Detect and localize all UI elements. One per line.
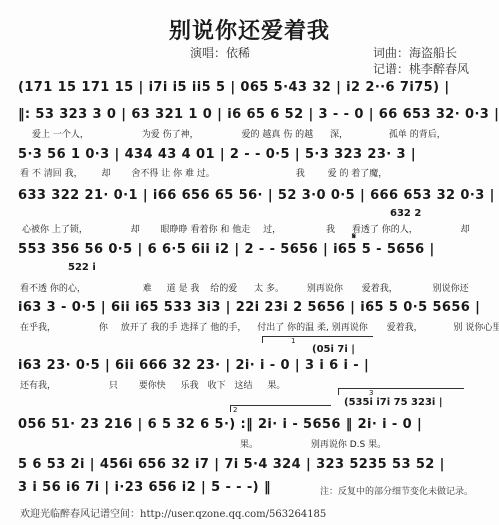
lyric: 果。	[240, 437, 258, 450]
lyric: 眼睁睁 看着你 和 他走	[161, 222, 251, 235]
lyric: 爱着我，	[387, 320, 423, 333]
lyricist-credit: 词曲：海盗船长	[373, 44, 457, 61]
footer-link-text: 欢迎光临醉春风记谱空间：http://user.qzone.qq.com/563…	[20, 505, 326, 520]
lyric: 道 是 我	[167, 281, 200, 294]
lyrics-row-5: 在乎我， 你 放开了 我的手 选择了 他的手， 付出了 你的温 柔, 别再说你 …	[18, 320, 489, 333]
lyric: 我	[296, 166, 305, 179]
lyric: 心被你 上了锁，	[22, 222, 88, 235]
lyric: 乐我	[181, 378, 199, 391]
lyric: 爱上 一个人，	[32, 127, 89, 140]
lyric: 过，	[263, 222, 281, 235]
lyric: 看不透 你的心，	[20, 281, 86, 294]
lyric: 给的爱	[210, 281, 237, 294]
volta-label: 1	[291, 337, 295, 345]
score-row-3: 633 322 21· 0·1 | i66 656 65 56· | 52 3·…	[18, 188, 489, 206]
segno-sign: 𝄋	[352, 232, 356, 242]
lyric: 别再说你 D.S 果。	[311, 437, 386, 450]
lyric: 看透了 你的人，	[352, 222, 418, 235]
lyric: 为爱 伤了神，	[142, 127, 199, 140]
score-row-2: 5·3 56 1 0·3 | 434 43 4 01 | 2 - - 0·5 |…	[18, 147, 489, 165]
lyrics-row-4: 看不透 你的心， 难 道 是 我 给的爱 太 多。 别再说你 爱着我， 别说你还	[18, 281, 489, 294]
volta-bracket-3: 3	[338, 388, 464, 395]
lyric: 付出了 你的温 柔, 别再说你	[257, 320, 367, 333]
score-row-4: 553 356 56 0·5 | 6 6·5 6ii i2 | 2 - - 56…	[18, 242, 489, 260]
lyrics-row-2: 看 不 清回 我， 却 舍不得 让 你 难 过。 我 爱 的 着了魔，	[18, 166, 489, 179]
score-row-6: i63 23· 0·5 | 6ii 666 32 23· | 2i· i - 0…	[18, 358, 489, 376]
lyric: 爱着我，	[362, 281, 398, 294]
lyric: 在乎我，	[20, 320, 56, 333]
transcriber-credit: 记谱：桃李醉春风	[373, 60, 469, 77]
lyrics-row-1: 爱上 一个人， 为爱 伤了神， 爱的 越真 伤 的越 深， 孤单 的背后， 我	[18, 127, 489, 140]
lyric: 放开了 我的手 选择了 他的手，	[121, 320, 247, 333]
lyrics-row-7: 果。 别再说你 D.S 果。	[18, 437, 489, 450]
score-row-1: ‖: 53 323 3 0 | 63 321 1 0 | i6 65 6 52 …	[18, 107, 489, 125]
variant-notation-below: 522 i	[68, 262, 96, 273]
lyric: 却	[461, 222, 470, 235]
interlude-notation: (535i i7i 75 323i |	[344, 397, 442, 408]
volta-label: 3	[369, 389, 373, 397]
score-row-7: 056 51· 23 216 | 6 5 32 6 5·) :‖ 2i· i -…	[18, 417, 489, 435]
lyric: 却	[101, 166, 110, 179]
volta-bracket-2: 2	[230, 405, 331, 412]
lyric: 看 不 清回 我，	[20, 166, 83, 179]
lyric: 难	[143, 281, 152, 294]
singer-credit: 演唱：依稀	[190, 44, 250, 61]
lyric: 别再说你	[307, 281, 343, 294]
lyric: 这结	[234, 378, 252, 391]
score-row-8: 5 6 53 2i | 456i 656 32 i7 | 7i 5·4 324 …	[18, 457, 489, 475]
lyrics-row-3: 心被你 上了锁， 却 眼睁睁 看着你 和 他走 过， 我 看透了 你的人， 却	[18, 222, 489, 235]
lyric: 收下	[208, 378, 226, 391]
lyric: 只	[109, 378, 118, 391]
lyric: 果。	[267, 378, 285, 391]
lyric: 还有我，	[20, 378, 56, 391]
lyric: 我	[326, 222, 335, 235]
lyric: 你	[99, 320, 108, 333]
lyric: 爱的 越真 伤 的越	[242, 127, 314, 140]
variant-notation-above: 632 2	[390, 208, 421, 219]
volta-bracket-1: 1	[262, 336, 373, 343]
score-row-intro: (171 15 171 15 | i7i i5 ii5 5 | 065 5·43…	[18, 80, 489, 98]
volta-label: 2	[233, 406, 237, 414]
lyric: 却	[131, 222, 140, 235]
lyric: 孤单 的背后，	[389, 127, 446, 140]
score-row-9: 3 i 56 i6 7i | i·23 656 i2 | 5 - - -) ‖	[18, 480, 299, 498]
lyric: 别说你还	[433, 281, 469, 294]
lyric: 深，	[330, 127, 348, 140]
lyric: 别 说你心里	[453, 320, 499, 333]
lyric: 要你快	[139, 378, 166, 391]
lyric: 舍不得 让 你 难 过。	[131, 166, 214, 179]
lyric: 爱 的 着了魔，	[328, 166, 388, 179]
transcription-note: 注：反复中的部分细节变化未做记录。	[320, 484, 473, 497]
interlude-notation: (05i 7i |	[312, 344, 355, 355]
lyric: 太 多。	[254, 281, 284, 294]
score-row-5: i63 3 - 0·5 | 6ii i65 533 3i3 | 22i 23i …	[18, 300, 489, 318]
song-title: 别说你还爱着我	[0, 14, 499, 45]
